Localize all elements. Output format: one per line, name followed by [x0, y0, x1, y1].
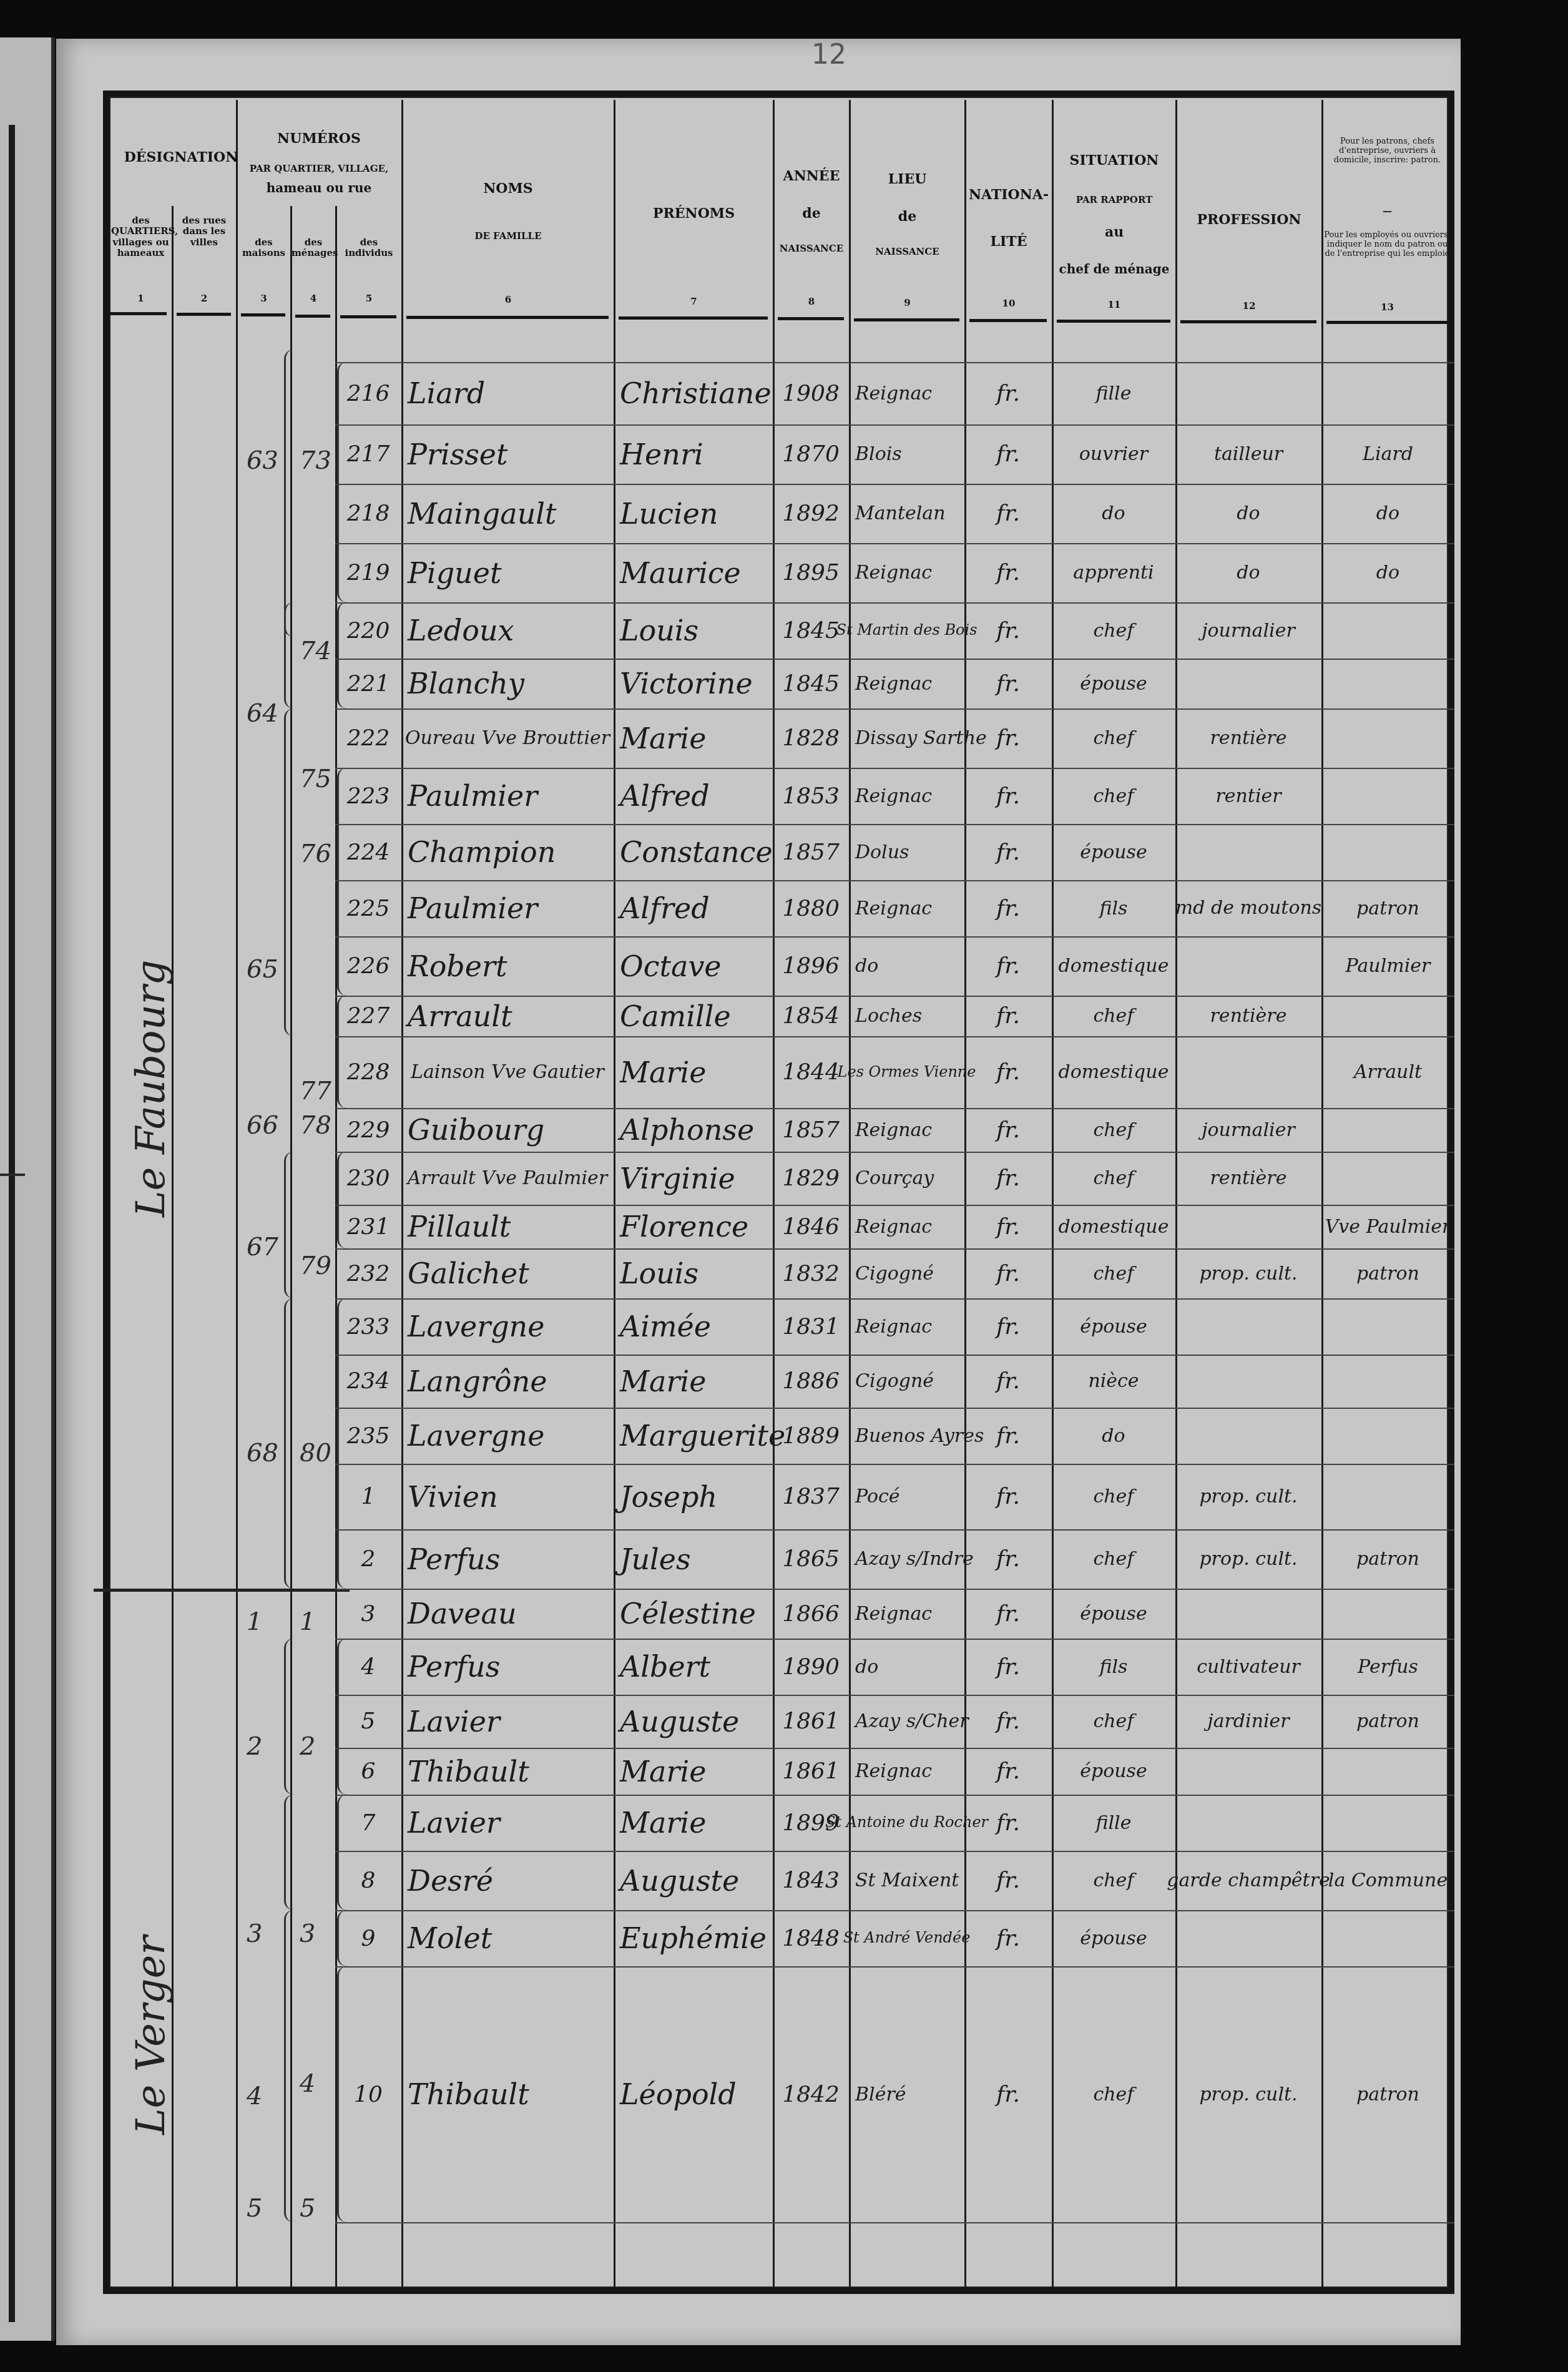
- header-col-11: 11: [1053, 300, 1175, 310]
- cell-lieu: Reignac: [855, 1205, 958, 1248]
- cell-prenom: Louis: [620, 602, 767, 659]
- cell-prenom: Alphonse: [620, 1108, 767, 1152]
- header-designation-quartiers: des QUARTIERS, villages ou hameaux: [111, 215, 170, 258]
- cell-lieu: Cigogné: [855, 1355, 958, 1408]
- cell-annee: 1861: [779, 1748, 843, 1795]
- cell-lieu: St Martin des Bois: [855, 602, 958, 659]
- cell-nom: Molet: [408, 1910, 607, 1966]
- cell-profession: [1182, 1795, 1315, 1851]
- cell-num: 216: [341, 362, 395, 424]
- page-number: 12: [811, 39, 846, 71]
- cell-patron: patron: [1328, 1529, 1448, 1589]
- cell-annee: 1853: [779, 768, 843, 824]
- grouping-brace: [284, 602, 293, 708]
- maison-number: 67: [247, 1233, 278, 1262]
- cell-annee: 1831: [779, 1298, 843, 1355]
- header-number-rule: [406, 316, 609, 319]
- cell-patron: Liard: [1328, 424, 1448, 484]
- header-col-9: 9: [850, 298, 964, 308]
- cell-situation: chef: [1058, 1851, 1169, 1910]
- cell-patron: [1328, 1298, 1448, 1355]
- menage-number: 73: [300, 446, 331, 475]
- cell-lieu: Buenos Ayres: [855, 1408, 958, 1464]
- cell-profession: journalier: [1182, 602, 1315, 659]
- cell-num: 219: [341, 543, 395, 602]
- header-situation-chef: chef de ménage: [1053, 262, 1175, 277]
- cell-nat: fr.: [971, 936, 1046, 996]
- cell-num: 231: [341, 1205, 395, 1248]
- cell-lieu: Reignac: [855, 659, 958, 708]
- menage-number: 1: [300, 1607, 315, 1636]
- cell-annee: 1865: [779, 1529, 843, 1589]
- cell-nat: fr.: [971, 1355, 1046, 1408]
- cell-patron: [1328, 996, 1448, 1036]
- cell-nat: fr.: [971, 1910, 1046, 1966]
- maison-number: 65: [247, 955, 278, 984]
- cell-annee: 1886: [779, 1355, 843, 1408]
- cell-nat: fr.: [971, 996, 1046, 1036]
- cell-nat: fr.: [971, 1464, 1046, 1529]
- cell-prenom: Célestine: [620, 1589, 767, 1639]
- cell-nat: fr.: [971, 602, 1046, 659]
- cell-num: 9: [341, 1910, 395, 1966]
- header-col-7: 7: [615, 296, 773, 307]
- cell-num: 228: [341, 1036, 395, 1108]
- grouping-brace: [284, 1910, 293, 2222]
- cell-lieu: St Antoine du Rocher: [855, 1795, 958, 1851]
- cell-situation: fille: [1058, 1795, 1169, 1851]
- cell-situation: chef: [1058, 768, 1169, 824]
- column-divider: [614, 100, 615, 2288]
- maison-number: 1: [247, 1607, 262, 1636]
- menage-number: 80: [300, 1439, 331, 1468]
- cell-patron: patron: [1328, 880, 1448, 936]
- cell-prenom: Marguerite: [620, 1408, 767, 1464]
- column-divider: [1052, 100, 1054, 2288]
- cell-patron: [1328, 1464, 1448, 1529]
- cell-nom: Piguet: [408, 543, 607, 602]
- cell-annee: 1837: [779, 1464, 843, 1529]
- cell-nat: fr.: [971, 484, 1046, 543]
- cell-nom: Lavergne: [408, 1298, 607, 1355]
- column-divider: [849, 100, 851, 2288]
- header-designation-rues: des rues dans les villes: [174, 215, 235, 248]
- header-lieu-naissance: NAISSANCE: [850, 247, 964, 257]
- cell-num: 3: [341, 1589, 395, 1639]
- cell-nom: Perfus: [408, 1639, 607, 1695]
- cell-num: 5: [341, 1695, 395, 1748]
- cell-nat: fr.: [971, 708, 1046, 768]
- cell-num: 4: [341, 1639, 395, 1695]
- cell-num: 7: [341, 1795, 395, 1851]
- cell-nom: Ledoux: [408, 602, 607, 659]
- cell-num: 224: [341, 824, 395, 880]
- grouping-brace: [284, 1795, 293, 1910]
- cell-nom: Liard: [408, 362, 607, 424]
- maison-number: 64: [247, 699, 278, 728]
- header-number-rule: [969, 319, 1047, 322]
- cell-prenom: Alfred: [620, 880, 767, 936]
- cell-prenom: Florence: [620, 1205, 767, 1248]
- cell-lieu: Reignac: [855, 1108, 958, 1152]
- cell-nom: Guibourg: [408, 1108, 607, 1152]
- cell-nat: fr.: [971, 1529, 1046, 1589]
- cell-situation: chef: [1058, 1966, 1169, 2222]
- cell-num: 232: [341, 1248, 395, 1298]
- cell-nom: Desré: [408, 1851, 607, 1910]
- maison-number: 4: [247, 2082, 262, 2110]
- cell-patron: Vve Paulmier: [1328, 1205, 1448, 1248]
- header-col-3: 3: [237, 293, 290, 304]
- cell-nom: Blanchy: [408, 659, 607, 708]
- cell-nat: fr.: [971, 1108, 1046, 1152]
- cell-lieu: Reignac: [855, 880, 958, 936]
- cell-patron: patron: [1328, 1248, 1448, 1298]
- cell-num: 8: [341, 1851, 395, 1910]
- cell-prenom: Octave: [620, 936, 767, 996]
- cell-nat: fr.: [971, 1851, 1046, 1910]
- header-col-6: 6: [403, 295, 614, 305]
- cell-profession: rentière: [1182, 708, 1315, 768]
- cell-profession: [1182, 1298, 1315, 1355]
- menage-number: 5: [300, 2194, 315, 2223]
- section-label-verger: Le Verger: [128, 1936, 174, 2135]
- cell-nat: fr.: [971, 1408, 1046, 1464]
- cell-situation: épouse: [1058, 1589, 1169, 1639]
- cell-annee: 1844: [779, 1036, 843, 1108]
- cell-situation: chef: [1058, 1248, 1169, 1298]
- cell-annee: 1857: [779, 1108, 843, 1152]
- cell-profession: [1182, 1205, 1315, 1248]
- cell-prenom: Marie: [620, 1036, 767, 1108]
- cell-situation: épouse: [1058, 1910, 1169, 1966]
- cell-nat: fr.: [971, 1036, 1046, 1108]
- cell-nom: Lavier: [408, 1795, 607, 1851]
- header-designation: DÉSIGNATION: [112, 150, 250, 165]
- cell-situation: épouse: [1058, 1748, 1169, 1795]
- adjacent-page-edge: [0, 37, 55, 2341]
- cell-nom: Champion: [408, 824, 607, 880]
- cell-profession: rentier: [1182, 768, 1315, 824]
- menage-number: 76: [300, 840, 331, 868]
- cell-lieu: Reignac: [855, 768, 958, 824]
- menage-number: 2: [300, 1732, 315, 1761]
- cell-situation: chef: [1058, 1464, 1169, 1529]
- cell-lieu: Azay s/Indre: [855, 1529, 958, 1589]
- cell-nom: Langrône: [408, 1355, 607, 1408]
- column-divider: [1321, 100, 1323, 2288]
- cell-annee: 1829: [779, 1152, 843, 1205]
- cell-nat: fr.: [971, 659, 1046, 708]
- cell-patron: [1328, 1910, 1448, 1966]
- cell-profession: [1182, 362, 1315, 424]
- header-number-rule: [778, 317, 844, 320]
- section-divider: [94, 1589, 350, 1592]
- header-annee-naissance: NAISSANCE: [774, 243, 849, 254]
- cell-situation: chef: [1058, 1152, 1169, 1205]
- cell-nat: fr.: [971, 1639, 1046, 1695]
- cell-nom: Galichet: [408, 1248, 607, 1298]
- header-menages: des ménages: [292, 237, 335, 259]
- grouping-brace: [284, 1152, 293, 1298]
- cell-prenom: Louis: [620, 1248, 767, 1298]
- cell-num: 227: [341, 996, 395, 1036]
- cell-num: 230: [341, 1152, 395, 1205]
- cell-nom: Lainson Vve Gautier: [408, 1036, 607, 1108]
- cell-nom: Prisset: [408, 424, 607, 484]
- header-col-1: 1: [111, 293, 170, 304]
- cell-situation: chef: [1058, 1529, 1169, 1589]
- cell-situation: fille: [1058, 362, 1169, 424]
- cell-num: 218: [341, 484, 395, 543]
- cell-profession: [1182, 1910, 1315, 1966]
- header-patron-dash: —: [1323, 206, 1451, 217]
- cell-situation: épouse: [1058, 1298, 1169, 1355]
- cell-lieu: Reignac: [855, 362, 958, 424]
- cell-patron: [1328, 362, 1448, 424]
- cell-profession: prop. cult.: [1182, 1248, 1315, 1298]
- cell-patron: [1328, 768, 1448, 824]
- cell-num: 6: [341, 1748, 395, 1795]
- column-divider: [401, 100, 403, 2288]
- grouping-brace: [284, 708, 293, 1036]
- header-col-4: 4: [292, 293, 335, 304]
- cell-lieu: Cigogné: [855, 1248, 958, 1298]
- cell-prenom: Henri: [620, 424, 767, 484]
- cell-prenom: Marie: [620, 1795, 767, 1851]
- cell-profession: md de moutons: [1182, 880, 1315, 936]
- cell-prenom: Victorine: [620, 659, 767, 708]
- cell-annee: 1892: [779, 484, 843, 543]
- cell-annee: 1845: [779, 659, 843, 708]
- cell-profession: [1182, 824, 1315, 880]
- cell-prenom: Marie: [620, 1355, 767, 1408]
- menage-number: 4: [300, 2069, 315, 2098]
- cell-profession: rentière: [1182, 996, 1315, 1036]
- cell-annee: 1889: [779, 1408, 843, 1464]
- cell-lieu: do: [855, 1639, 958, 1695]
- header-situation: SITUATION: [1053, 153, 1175, 169]
- cell-prenom: Virginie: [620, 1152, 767, 1205]
- cell-nom: Arrault Vve Paulmier: [408, 1152, 607, 1205]
- header-col-12: 12: [1177, 301, 1321, 311]
- cell-situation: épouse: [1058, 824, 1169, 880]
- cell-patron: [1328, 708, 1448, 768]
- cell-lieu: Blois: [855, 424, 958, 484]
- maison-number: 3: [247, 1919, 262, 1948]
- cell-lieu: Bléré: [855, 1966, 958, 2222]
- cell-lieu: Reignac: [855, 1298, 958, 1355]
- cell-lieu: Loches: [855, 996, 958, 1036]
- cell-nat: fr.: [971, 768, 1046, 824]
- header-noms-famille: DE FAMILLE: [403, 231, 614, 242]
- cell-situation: épouse: [1058, 659, 1169, 708]
- cell-annee: 1857: [779, 824, 843, 880]
- cell-num: 220: [341, 602, 395, 659]
- cell-annee: 1896: [779, 936, 843, 996]
- cell-nom: Pillault: [408, 1205, 607, 1248]
- cell-prenom: Auguste: [620, 1851, 767, 1910]
- adjacent-page-rule: [0, 1174, 25, 1176]
- adjacent-page-frame: [2, 125, 15, 2322]
- cell-num: 226: [341, 936, 395, 996]
- cell-patron: Perfus: [1328, 1639, 1448, 1695]
- cell-num: 229: [341, 1108, 395, 1152]
- header-number-rule: [295, 315, 330, 318]
- cell-num: 233: [341, 1298, 395, 1355]
- cell-annee: 1854: [779, 996, 843, 1036]
- cell-annee: 1828: [779, 708, 843, 768]
- cell-nom: Thibault: [408, 1966, 607, 2222]
- cell-profession: [1182, 1589, 1315, 1639]
- cell-situation: do: [1058, 484, 1169, 543]
- cell-nom: Paulmier: [408, 880, 607, 936]
- cell-nat: fr.: [971, 362, 1046, 424]
- maison-number: 68: [247, 1439, 278, 1468]
- cell-patron: [1328, 1355, 1448, 1408]
- cell-patron: do: [1328, 543, 1448, 602]
- header-lieu-de: de: [850, 209, 964, 225]
- maison-number: 63: [247, 446, 278, 475]
- cell-lieu: Reignac: [855, 543, 958, 602]
- header-number-rule: [619, 316, 768, 320]
- menage-number: 74: [300, 637, 331, 665]
- cell-patron: la Commune: [1328, 1851, 1448, 1910]
- cell-nom: Thibault: [408, 1748, 607, 1795]
- header-nationalite: NATIONA-: [966, 187, 1052, 203]
- menage-number: 3: [300, 1919, 315, 1948]
- cell-patron: [1328, 1795, 1448, 1851]
- cell-num: 235: [341, 1408, 395, 1464]
- cell-patron: patron: [1328, 1695, 1448, 1748]
- cell-annee: 1880: [779, 880, 843, 936]
- cell-lieu: Courçay: [855, 1152, 958, 1205]
- cell-nom: Lavier: [408, 1695, 607, 1748]
- cell-profession: prop. cult.: [1182, 1464, 1315, 1529]
- header-number-rule: [241, 313, 285, 316]
- header-situation-au: au: [1053, 225, 1175, 240]
- cell-nom: Oureau Vve Brouttier: [408, 708, 607, 768]
- header-number-rule: [854, 318, 959, 321]
- header-annee: ANNÉE: [774, 169, 849, 184]
- cell-patron: Arrault: [1328, 1036, 1448, 1108]
- cell-prenom: Aimée: [620, 1298, 767, 1355]
- cell-situation: chef: [1058, 602, 1169, 659]
- cell-lieu: Dissay Sarthe: [855, 708, 958, 768]
- cell-situation: fils: [1058, 880, 1169, 936]
- cell-lieu: Reignac: [855, 1589, 958, 1639]
- cell-nat: fr.: [971, 1589, 1046, 1639]
- cell-profession: do: [1182, 543, 1315, 602]
- cell-lieu: Azay s/Cher: [855, 1695, 958, 1748]
- header-profession: PROFESSION: [1177, 212, 1321, 228]
- header-patron-instructions: Pour les patrons, chefs d'entreprise, ou…: [1323, 137, 1451, 165]
- cell-annee: 1846: [779, 1205, 843, 1248]
- cell-situation: fils: [1058, 1639, 1169, 1695]
- menage-number: 75: [300, 765, 331, 793]
- cell-nat: fr.: [971, 880, 1046, 936]
- cell-profession: do: [1182, 484, 1315, 543]
- cell-nat: fr.: [971, 1695, 1046, 1748]
- cell-prenom: Auguste: [620, 1695, 767, 1748]
- header-number-rule: [177, 313, 231, 316]
- cell-nat: fr.: [971, 1795, 1046, 1851]
- cell-num: 234: [341, 1355, 395, 1408]
- cell-prenom: Léopold: [620, 1966, 767, 2222]
- cell-annee: 1890: [779, 1639, 843, 1695]
- cell-nat: fr.: [971, 1248, 1046, 1298]
- cell-patron: [1328, 659, 1448, 708]
- cell-lieu: do: [855, 936, 958, 996]
- maison-number: 5: [247, 2194, 262, 2223]
- cell-profession: jardinier: [1182, 1695, 1315, 1748]
- cell-situation: ouvrier: [1058, 424, 1169, 484]
- cell-lieu: St Maixent: [855, 1851, 958, 1910]
- cell-patron: do: [1328, 484, 1448, 543]
- cell-annee: 1832: [779, 1248, 843, 1298]
- cell-prenom: Camille: [620, 996, 767, 1036]
- cell-situation: apprenti: [1058, 543, 1169, 602]
- cell-prenom: Euphémie: [620, 1910, 767, 1966]
- cell-num: 225: [341, 880, 395, 936]
- cell-num: 222: [341, 708, 395, 768]
- cell-nom: Paulmier: [408, 768, 607, 824]
- cell-nat: fr.: [971, 1205, 1046, 1248]
- cell-nom: Lavergne: [408, 1408, 607, 1464]
- cell-patron: [1328, 824, 1448, 880]
- cell-profession: [1182, 659, 1315, 708]
- cell-profession: garde champêtre: [1182, 1851, 1315, 1910]
- header-col-5: 5: [336, 293, 401, 304]
- cell-nat: fr.: [971, 424, 1046, 484]
- header-prenoms: PRÉNOMS: [615, 206, 773, 222]
- header-number-rule: [340, 315, 396, 318]
- grouping-brace: [284, 350, 293, 637]
- cell-lieu: Pocé: [855, 1464, 958, 1529]
- cell-patron: Paulmier: [1328, 936, 1448, 996]
- cell-num: 223: [341, 768, 395, 824]
- cell-annee: 1895: [779, 543, 843, 602]
- cell-prenom: Alfred: [620, 768, 767, 824]
- cell-lieu: Dolus: [855, 824, 958, 880]
- cell-nat: fr.: [971, 1298, 1046, 1355]
- header-col-8: 8: [774, 296, 849, 307]
- cell-lieu: Reignac: [855, 1748, 958, 1795]
- grouping-brace: [284, 1639, 293, 1795]
- header-number-rule: [108, 312, 167, 315]
- cell-lieu: St André Vendée: [855, 1910, 958, 1966]
- menage-number: 77: [300, 1077, 331, 1105]
- cell-prenom: Joseph: [620, 1464, 767, 1529]
- cell-num: 221: [341, 659, 395, 708]
- cell-lieu: Mantelan: [855, 484, 958, 543]
- header-employe-instructions: Pour les employés ou ouvriers, indiquer …: [1323, 231, 1451, 259]
- column-divider: [773, 100, 775, 2288]
- cell-nom: Robert: [408, 936, 607, 996]
- cell-prenom: Lucien: [620, 484, 767, 543]
- cell-patron: [1328, 1589, 1448, 1639]
- cell-nat: fr.: [971, 1966, 1046, 2222]
- cell-nat: fr.: [971, 824, 1046, 880]
- cell-prenom: Maurice: [620, 543, 767, 602]
- menage-number: 78: [300, 1111, 331, 1140]
- cell-prenom: Christiane: [620, 362, 767, 424]
- header-annee-de: de: [774, 206, 849, 222]
- cell-nat: fr.: [971, 543, 1046, 602]
- menage-number: 79: [300, 1252, 331, 1280]
- header-lieu: LIEU: [850, 172, 964, 187]
- cell-nom: Vivien: [408, 1464, 607, 1529]
